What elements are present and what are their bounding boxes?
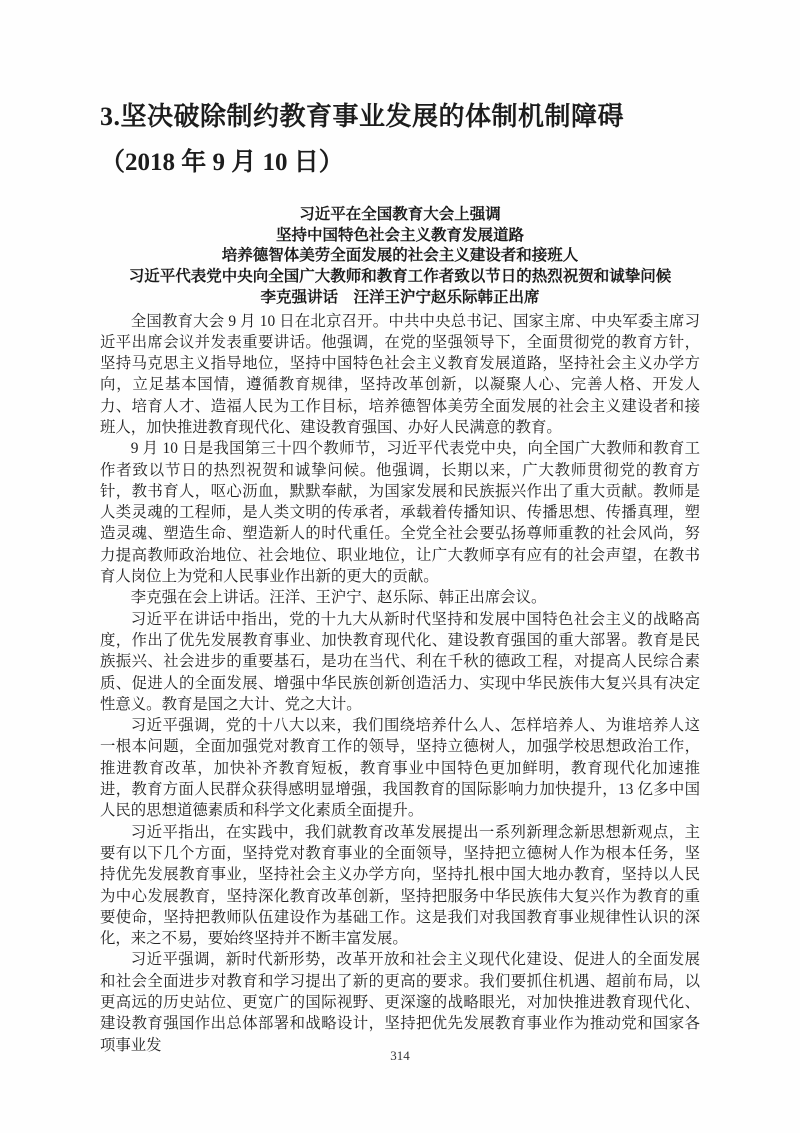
subheading-line-2: 坚持中国特色社会主义教育发展道路 <box>100 226 700 247</box>
paragraph-4: 习近平在讲话中指出，党的十九大从新时代坚持和发展中国特色社会主义的战略高度，作出… <box>100 609 700 715</box>
document-page: 3.坚决破除制约教育事业发展的体制机制障碍 （2018 年 9 月 10 日） … <box>0 0 800 1133</box>
paragraph-5: 习近平强调，党的十八大以来，我们围绕培养什么人、怎样培养人、为谁培养人这一根本问… <box>100 715 700 821</box>
subheading-line-4: 习近平代表党中央向全国广大教师和教育工作者致以节日的热烈祝贺和诚挚问候 <box>100 267 700 288</box>
subheading-line-3: 培养德智体美劳全面发展的社会主义建设者和接班人 <box>100 246 700 267</box>
subheading-line-5: 李克强讲话 汪洋王沪宁赵乐际韩正出席 <box>100 288 700 309</box>
paragraph-1: 全国教育大会 9 月 10 日在北京召开。中共中央总书记、国家主席、中央军委主席… <box>100 311 700 439</box>
paragraph-6: 习近平指出，在实践中，我们就教育改革发展提出一系列新理念新思想新观点，主要有以下… <box>100 822 700 950</box>
paragraph-7: 习近平强调，新时代新形势，改革开放和社会主义现代化建设、促进人的全面发展和社会全… <box>100 949 700 1055</box>
document-title: 3.坚决破除制约教育事业发展的体制机制障碍 （2018 年 9 月 10 日） <box>100 101 700 179</box>
article-body: 全国教育大会 9 月 10 日在北京召开。中共中央总书记、国家主席、中央军委主席… <box>100 311 700 1056</box>
title-text: 3.坚决破除制约教育事业发展的体制机制障碍 <box>100 101 700 133</box>
subheading-block: 习近平在全国教育大会上强调 坚持中国特色社会主义教育发展道路 培养德智体美劳全面… <box>100 205 700 309</box>
paragraph-2: 9 月 10 日是我国第三十四个教师节，习近平代表党中央，向全国广大教师和教育工… <box>100 438 700 587</box>
page-number: 314 <box>0 1048 800 1064</box>
subheading-line-1: 习近平在全国教育大会上强调 <box>100 205 700 226</box>
paragraph-3: 李克强在会上讲话。汪洋、王沪宁、赵乐际、韩正出席会议。 <box>100 587 700 608</box>
title-date: （2018 年 9 月 10 日） <box>100 147 700 179</box>
